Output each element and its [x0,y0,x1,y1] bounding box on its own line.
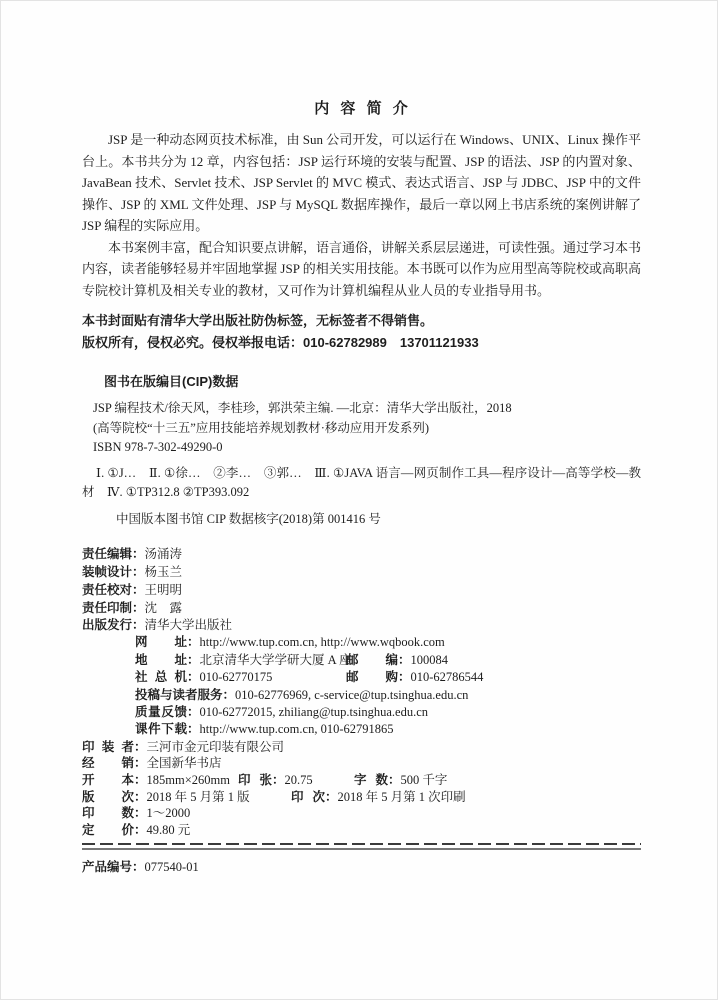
field-label-wrap: 责任印制： [82,601,145,615]
cip-index-line: Ⅰ. ①J… Ⅱ. ①徐… ②李… ③郭… Ⅲ. ①JAVA 语言—网页制作工具… [82,464,641,503]
colon: ： [398,653,411,667]
field-value: 王明明 [145,583,183,597]
staff-credits: 责任编辑：汤涌涛 装帧设计：杨玉兰 责任校对：王明明 责任印制：沈 露 [82,545,641,617]
production-specs: 印装者：三河市金元印装有限公司 经销：全国新华书店 开本：185mm×260mm… [82,739,641,839]
row-address: 地址：北京清华大学学研大厦 A 座 邮编：100084 [135,652,641,669]
website-urls: http://www.tup.com.cn, http://www.wqbook… [200,635,445,649]
field-label: 邮编 [346,652,398,669]
field-label: 课件下载 [135,721,187,738]
copyright-notice: 本书封面贴有清华大学出版社防伪标签，无标签者不得销售。 版权所有，侵权必究。侵权… [82,310,641,354]
publisher-name: 清华大学出版社 [145,618,233,632]
format-value: 185mm×260mm [147,773,230,787]
postcode-value: 100084 [411,653,449,667]
field-label-wrap: 产品编号： [82,860,145,874]
colon: ： [132,565,145,579]
row-proofreader: 责任校对：王明明 [82,581,641,599]
row-courseware-download: 课件下载：http://www.tup.com.cn, 010-62791865 [135,721,641,738]
colon: ： [132,547,145,561]
quality-feedback-value: 010-62772015, zhiliang@tup.tsinghua.edu.… [200,705,429,719]
field-value: 沈 露 [145,601,183,615]
cip-isbn: ISBN 978-7-302-49290-0 [93,438,641,458]
field-label: 印装者 [82,739,134,756]
solid-rule [82,848,641,850]
field-label-wrap: 版次： [82,790,147,804]
field-label: 邮购 [346,669,398,686]
anti-counterfeit-line: 本书封面贴有清华大学出版社防伪标签，无标签者不得销售。 [82,310,641,332]
switchboard-value: 010-62770175 [200,670,273,684]
colon: ： [134,740,147,754]
row-website: 网址：http://www.tup.com.cn, http://www.wqb… [135,634,641,651]
edition-value: 2018 年 5 月第 1 版 [147,790,250,804]
colon: ： [325,790,338,804]
field-label: 字数 [354,772,388,789]
courseware-value: http://www.tup.com.cn, 010-62791865 [200,722,394,736]
field-label-wrap: 邮购： [346,670,411,684]
product-number-value: 077540-01 [145,860,199,874]
content-summary: JSP 是一种动态网页技术标准，由 Sun 公司开发，可以运行在 Windows… [82,129,641,301]
cip-header: 图书在版编目(CIP)数据 [104,373,641,390]
field-value: 杨玉兰 [145,565,183,579]
field-label-wrap: 地址： [135,653,200,667]
row-edition: 版次：2018 年 5 月第 1 版 印次：2018 年 5 月第 1 次印刷 [82,789,641,806]
colon: ： [134,790,147,804]
row-distributor: 经销：全国新华书店 [82,755,641,772]
field-label-wrap: 经销： [82,756,147,770]
cip-series-line: (高等院校“十三五”应用技能培养规划教材·移动应用开发系列) [93,419,641,439]
field-label: 网址 [135,634,187,651]
product-number-row: 产品编号：077540-01 [82,859,641,876]
field-label: 经销 [82,755,134,772]
rights-reserved-line: 版权所有，侵权必究。侵权举报电话：010-62782989 1370112193… [82,332,641,354]
publisher-block: 出版发行：清华大学出版社 网址：http://www.tup.com.cn, h… [82,617,641,739]
field-label-wrap: 课件下载： [135,722,200,736]
cip-data-block: 图书在版编目(CIP)数据 JSP 编程技术/徐天风，李桂珍，郭洪荣主编. —北… [82,373,641,529]
colon: ： [132,601,145,615]
sheets-value: 20.75 [285,773,313,787]
copyright-page: 内 容 简 介 JSP 是一种动态网页技术标准，由 Sun 公司开发，可以运行在… [0,0,718,1000]
page-title: 内 容 简 介 [82,101,641,117]
field-label: 印数 [82,805,134,822]
field-label: 责任印制 [82,601,132,615]
price-value: 49.80 元 [147,823,191,837]
col-sheets: 印张：20.75 [238,772,313,789]
row-price: 定价：49.80 元 [82,822,641,839]
field-label: 责任编辑 [82,547,132,561]
field-label-wrap: 投稿与读者服务： [135,688,235,702]
field-label-wrap: 邮编： [346,653,411,667]
row-print-run: 印数：1～2000 [82,805,641,822]
colon: ： [187,705,200,719]
field-label: 定价 [82,822,134,839]
publisher-contact-rows: 网址：http://www.tup.com.cn, http://www.wqb… [135,634,641,738]
row-quality-feedback: 质量反馈：010-62772015, zhiliang@tup.tsinghua… [135,704,641,721]
colon: ： [388,773,401,787]
cip-registry-line: 中国版本图书馆 CIP 数据核字(2018)第 001416 号 [116,510,641,530]
printer-value: 三河市金元印装有限公司 [147,740,285,754]
row-editor: 责任编辑：汤涌涛 [82,545,641,563]
col-mailorder: 邮购：010-62786544 [346,669,483,686]
field-label: 投稿与读者服务 [135,688,223,702]
row-print-supervisor: 责任印制：沈 露 [82,599,641,617]
row-reader-service: 投稿与读者服务：010-62776969, c-service@tup.tsin… [135,687,641,704]
colon: ： [134,756,147,770]
field-label-wrap: 开本： [82,773,147,787]
impression-value: 2018 年 5 月第 1 次印刷 [338,790,466,804]
colon: ： [223,688,236,702]
field-label-wrap: 责任校对： [82,583,145,597]
field-label: 装帧设计 [82,565,132,579]
print-run-value: 1～2000 [147,806,191,820]
cip-title-line: JSP 编程技术/徐天风，李桂珍，郭洪荣主编. —北京：清华大学出版社，2018 [93,399,641,419]
address-value: 北京清华大学学研大厦 A 座 [200,653,352,667]
field-label-wrap: 字数： [354,773,401,787]
row-printer: 印装者：三河市金元印装有限公司 [82,739,641,756]
row-format: 开本：185mm×260mm 印张：20.75 字数：500 千字 [82,772,641,789]
col-impression: 印次：2018 年 5 月第 1 次印刷 [291,789,466,806]
field-value: 汤涌涛 [145,547,183,561]
field-label-wrap: 定价： [82,823,147,837]
col-postcode: 邮编：100084 [346,652,448,669]
colon: ： [398,670,411,684]
colon: ： [134,823,147,837]
colon: ： [187,653,200,667]
colon: ： [132,618,145,632]
wordcount-value: 500 千字 [401,773,448,787]
field-label-wrap: 印次： [291,790,338,804]
reader-service-value: 010-62776969, c-service@tup.tsinghua.edu… [235,688,468,702]
field-label-wrap: 责任编辑： [82,547,145,561]
col-wordcount: 字数：500 千字 [354,772,447,789]
field-label-wrap: 印数： [82,806,147,820]
field-label: 责任校对 [82,583,132,597]
summary-paragraph: 本书案例丰富，配合知识要点讲解，语言通俗，讲解关系层层递进，可读性强。通过学习本… [82,237,641,302]
field-label-wrap: 网址： [135,635,200,649]
summary-paragraph: JSP 是一种动态网页技术标准，由 Sun 公司开发，可以运行在 Windows… [82,129,641,237]
field-label: 质量反馈 [135,704,187,721]
colon: ： [187,635,200,649]
field-label: 开本 [82,772,134,789]
row-publisher: 出版发行：清华大学出版社 [82,617,641,634]
colon: ： [187,670,200,684]
colon: ： [134,773,147,787]
colon: ： [187,722,200,736]
field-label: 地址 [135,652,187,669]
row-switchboard: 社总机：010-62770175 邮购：010-62786544 [135,669,641,686]
field-label-wrap: 印装者： [82,740,147,754]
mailorder-value: 010-62786544 [411,670,484,684]
field-label: 版次 [82,789,134,806]
colon: ： [132,583,145,597]
distributor-value: 全国新华书店 [147,756,222,770]
field-label: 印张 [238,772,272,789]
field-label-wrap: 社总机： [135,670,200,684]
dashed-rule [82,843,641,845]
field-label-wrap: 印张： [238,773,285,787]
field-label: 出版发行 [82,618,132,632]
cip-body: JSP 编程技术/徐天风，李桂珍，郭洪荣主编. —北京：清华大学出版社，2018… [93,399,641,529]
row-designer: 装帧设计：杨玉兰 [82,563,641,581]
field-label: 印次 [291,789,325,806]
field-label-wrap: 装帧设计： [82,565,145,579]
field-label-wrap: 质量反馈： [135,705,200,719]
separator [82,843,641,850]
field-label: 社总机 [135,669,187,686]
colon: ： [132,860,145,874]
colon: ： [134,806,147,820]
field-label-wrap: 出版发行： [82,618,145,632]
colon: ： [272,773,285,787]
field-label: 产品编号 [82,860,132,874]
